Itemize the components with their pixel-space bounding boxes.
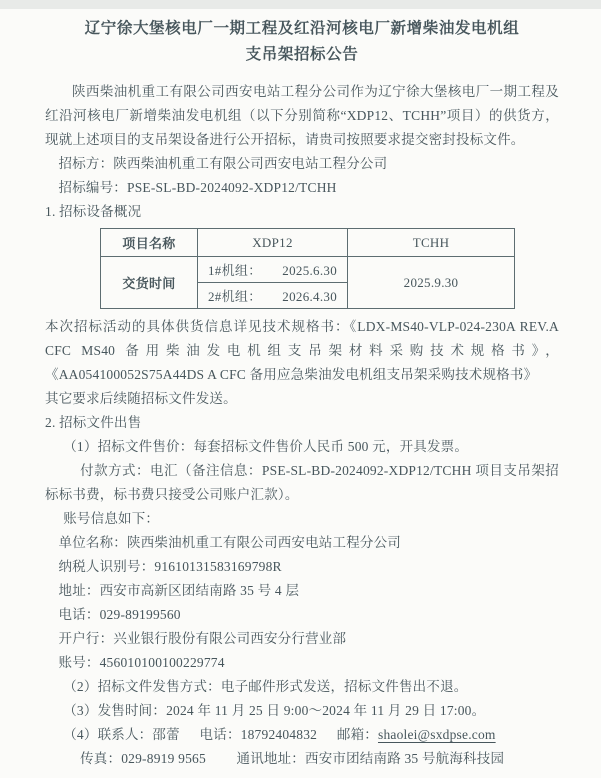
account-phone-line: 电话：029-89199560 [45,603,559,627]
contact-person: （4）联系人：邵蕾 [63,727,180,742]
unit1-date: 2025.6.30 [282,263,337,278]
unit1-label: 1#机组： [208,263,262,278]
section1-heading: 1. 招标设备概况 [45,200,559,224]
unit2-label: 2#机组： [208,289,262,304]
fax-number: 传真：029-8919 9565 [80,751,206,766]
email-link[interactable]: shaolei@sxdpse.com [378,727,496,742]
contact-phone: 电话：18792404832 [200,727,318,742]
account-company-line: 单位名称：陕西柴油机重工有限公司西安电站工程分公司 [45,531,559,555]
tenderer-line: 招标方：陕西柴油机重工有限公司西安电站工程分公司 [45,152,559,176]
title-block: 辽宁徐大堡核电厂一期工程及红沿河核电厂新增柴油发电机组 支吊架招标公告 [45,16,559,68]
account-number-line: 账号：456010100100229774 [45,651,559,675]
document-page: 辽宁徐大堡核电厂一期工程及红沿河核电厂新增柴油发电机组 支吊架招标公告 陕西柴油… [0,0,601,778]
payment-method-paragraph: 付款方式：电汇（备注信息：PSE-SL-BD-2024092-XDP12/TCH… [45,459,559,507]
section2-heading: 2. 招标文件出售 [45,411,559,435]
contact-line: （4）联系人：邵蕾 电话：18792404832 邮箱：shaolei@sxdp… [45,723,559,747]
scan-edge-top [0,0,601,9]
document-title-line1: 辽宁徐大堡核电厂一期工程及红沿河核电厂新增柴油发电机组 [45,16,559,42]
document-price-line: （1）招标文件售价：每套招标文件售价人民币 500 元，开具发票。 [45,435,559,459]
document-title-line2: 支吊架招标公告 [45,42,559,68]
account-bank-line: 开户行：兴业银行股份有限公司西安分行营业部 [45,627,559,651]
table-unit2-delivery-cell: 2#机组：2026.4.30 [198,283,348,309]
table-tchh-delivery-date: 2025.9.30 [348,257,515,309]
table-header-project-name: 项目名称 [101,229,198,257]
mailing-address: 通讯地址：西安市团结南路 35 号航海科技园 [237,751,505,766]
account-info-intro: 账号信息如下： [45,507,559,531]
table-row: 交货时间 1#机组：2025.6.30 2025.9.30 [101,257,515,283]
tender-number-line: 招标编号：PSE-SL-BD-2024092-XDP12/TCHH [45,176,559,200]
equipment-overview-table: 项目名称 XDP12 TCHH 交货时间 1#机组：2025.6.30 2025… [100,228,515,309]
table-row: 项目名称 XDP12 TCHH [101,229,515,257]
sale-time-line: （3）发售时间：2024 年 11 月 25 日 9:00～2024 年 11 … [45,699,559,723]
other-requirements-note: 其它要求后续随招标文件发送。 [45,387,559,411]
delivery-method-line: （2）招标文件发售方式：电子邮件形式发送，招标文件售出不退。 [45,675,559,699]
table-header-xdp12: XDP12 [198,229,348,257]
document-content: 辽宁徐大堡核电厂一期工程及红沿河核电厂新增柴油发电机组 支吊架招标公告 陕西柴油… [0,0,601,771]
email-label: 邮箱： [337,727,378,742]
account-tax-id-line: 纳税人识别号：91610131583169798R [45,555,559,579]
account-address-line: 地址：西安市高新区团结南路 35 号 4 层 [45,579,559,603]
contact-email-segment: 邮箱：shaolei@sxdpse.com [337,727,496,742]
unit2-date: 2026.4.30 [282,289,337,304]
intro-paragraph: 陕西柴油机重工有限公司西安电站工程分公司作为辽宁徐大堡核电厂一期工程及红沿河核电… [45,80,559,152]
spec-paragraph: 本次招标活动的具体供货信息详见技术规格书：《LDX-MS40-VLP-024-2… [45,315,559,387]
fax-line: 传真：029-8919 9565 通讯地址：西安市团结南路 35 号航海科技园 [45,747,559,771]
table-unit1-delivery-cell: 1#机组：2025.6.30 [198,257,348,283]
table-delivery-time-label: 交货时间 [101,257,198,309]
table-header-tchh: TCHH [348,229,515,257]
